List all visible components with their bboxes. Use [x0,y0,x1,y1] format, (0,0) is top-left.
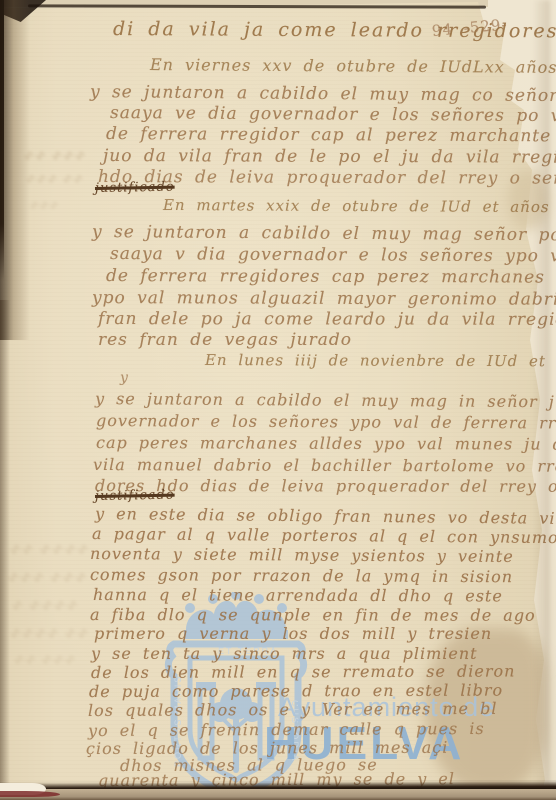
manuscript-line: saaya ve dia governador e los señores po… [110,103,556,126]
manuscript-photo: ET TERRA PORTUS MARIS CUSTODIA Ayuntamie… [0,0,556,800]
manuscript-line: cap peres marchanes alldes ypo val munes… [96,433,556,454]
struck-word: justificado [95,180,175,196]
manuscript-line: res fran de vegas jurado [98,330,352,350]
manuscript-line: saaya v dia governador e los señores ypo… [110,244,556,266]
manuscript-line: y se juntaron a cabildo el muy mag in se… [95,389,556,412]
manuscript-line: primero q verna y los dos mill y tresien [94,624,492,643]
manuscript-line: fran dele po ja come leardo ju da vila r… [98,309,556,330]
book-binding-shadow [0,300,10,800]
manuscript-line: juo da vila fran de le po el ju da vila … [103,146,556,168]
book-binding-shadow [0,0,30,340]
manuscript-line: comes gson por rrazon de la ymq in sisio… [90,565,513,586]
manuscript-line: governador e los señores ypo val de ferr… [96,411,556,433]
book-bottom-pages [0,789,556,800]
heading-martes: En martes xxix de otubre de IUd et años [163,196,550,216]
book-cover-edge [0,791,60,797]
manuscript-line: de los dien mill en q se rremato se dier… [91,662,516,682]
manuscript-line: de ferrera rregidor cap al perez marchan… [106,124,556,147]
manuscript-line: y se juntaron a cabildo el muy mag señor… [92,222,556,246]
manuscript-line: ypo val munos alguazil mayor geronimo da… [92,288,556,310]
manuscript-line: a fiba dlo q se qunple en fin de mes de … [90,605,536,625]
title-line: di da vila ja come leardo rregidores [113,18,556,42]
manuscript-line: de ferrera rregidores cap perez marchane… [106,266,556,288]
manuscript-text-layer: 94 -529- di da vila ja come leardo rregi… [0,0,556,800]
manuscript-line: los quales dhos os e y Ver ee mes me bl [88,699,498,720]
torn-edge-shadow [532,0,550,800]
struck-word: justificado [95,488,175,504]
heading-lunes: En lunes iiij de novienbre de IUd et año… [205,351,556,370]
margin-mark: y [120,370,129,386]
heading-viernes: En viernes xxv de otubre de IUdLxx años [150,55,556,77]
manuscript-line: y se ten ta y sinco mrs a qua plimient [91,644,478,663]
manuscript-line: noventa y siete mill myse ysientos y vei… [90,544,514,566]
manuscript-line: vila manuel dabrio el bachiller bartolom… [93,455,556,476]
manuscript-line: de puja como parese d trao en estel libr… [89,681,503,701]
manuscript-line: hanna q el tiene arrendada dl dho q este [93,585,503,605]
